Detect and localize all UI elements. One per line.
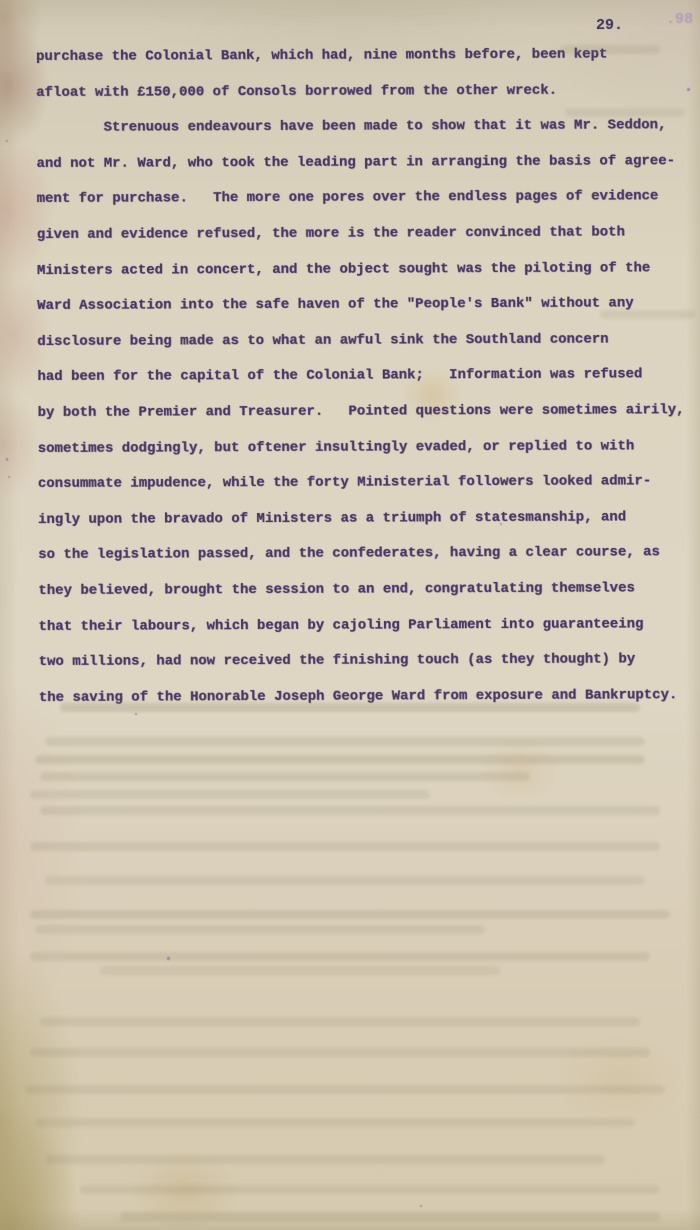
ink-speck (6, 458, 8, 461)
bleed-line (45, 1155, 605, 1164)
text-line: Ministers acted in concert, and the obje… (37, 260, 697, 298)
bleed-line (565, 108, 685, 117)
text-line: ment for purchase. The more one pores ov… (37, 188, 697, 226)
text-line: had been for the capital of the Colonial… (37, 366, 697, 404)
bleed-line (25, 1085, 665, 1094)
bleed-line (30, 1048, 650, 1057)
ink-speck (8, 476, 10, 478)
bleed-line (600, 310, 695, 319)
text-line: Strenuous endeavours have been made to s… (36, 117, 696, 155)
text-line: they believed, brought the session to an… (38, 580, 698, 618)
bleed-line (80, 1185, 660, 1194)
bleed-line (30, 952, 650, 961)
bleed-line (30, 790, 430, 799)
bleed-line (35, 1118, 635, 1127)
bleed-line (30, 910, 670, 919)
bleed-line (40, 806, 660, 815)
bleed-line (40, 1017, 640, 1026)
ink-speck (6, 140, 8, 142)
scanned-page: 29. .98 purchase the Colonial Bank, whic… (0, 0, 700, 1230)
bleed-line (45, 876, 645, 885)
bleed-line (100, 966, 500, 975)
text-line: that their labours, which began by cajol… (38, 616, 698, 654)
bleed-line (45, 737, 645, 746)
ink-speck (167, 957, 170, 960)
text-line: Ward Association into the safe haven of … (37, 295, 697, 333)
ink-speck (687, 88, 690, 91)
page-number: 29. (596, 17, 623, 34)
ink-speck (135, 713, 137, 715)
ink-speck (420, 1205, 422, 1207)
text-line: given and evidence refused, the more is … (37, 224, 697, 262)
text-line: two millions, had now received the finis… (39, 651, 699, 689)
bleed-line (120, 1212, 660, 1221)
corner-bleed-mark: .98 (666, 11, 693, 28)
text-line: sometimes dodgingly, but oftener insulti… (38, 438, 698, 476)
text-line: disclosure being made as to what an awfu… (37, 331, 697, 369)
text-line: consummate impudence, while the forty Mi… (38, 473, 698, 511)
bleed-line (60, 703, 640, 712)
bleed-line (35, 755, 645, 764)
bleed-line (30, 842, 660, 851)
text-line: ingly upon the bravado of Ministers as a… (38, 509, 698, 547)
text-line: and not Mr. Ward, who took the leading p… (36, 153, 696, 191)
text-line: by both the Premier and Treasurer. Point… (38, 402, 698, 440)
bleed-line (560, 45, 660, 54)
body-text: purchase the Colonial Bank, which had, n… (36, 46, 699, 725)
bleed-line (35, 925, 485, 934)
text-line: so the legislation passed, and the confe… (38, 544, 698, 582)
ink-speck (500, 523, 502, 525)
bleed-line (40, 772, 530, 781)
